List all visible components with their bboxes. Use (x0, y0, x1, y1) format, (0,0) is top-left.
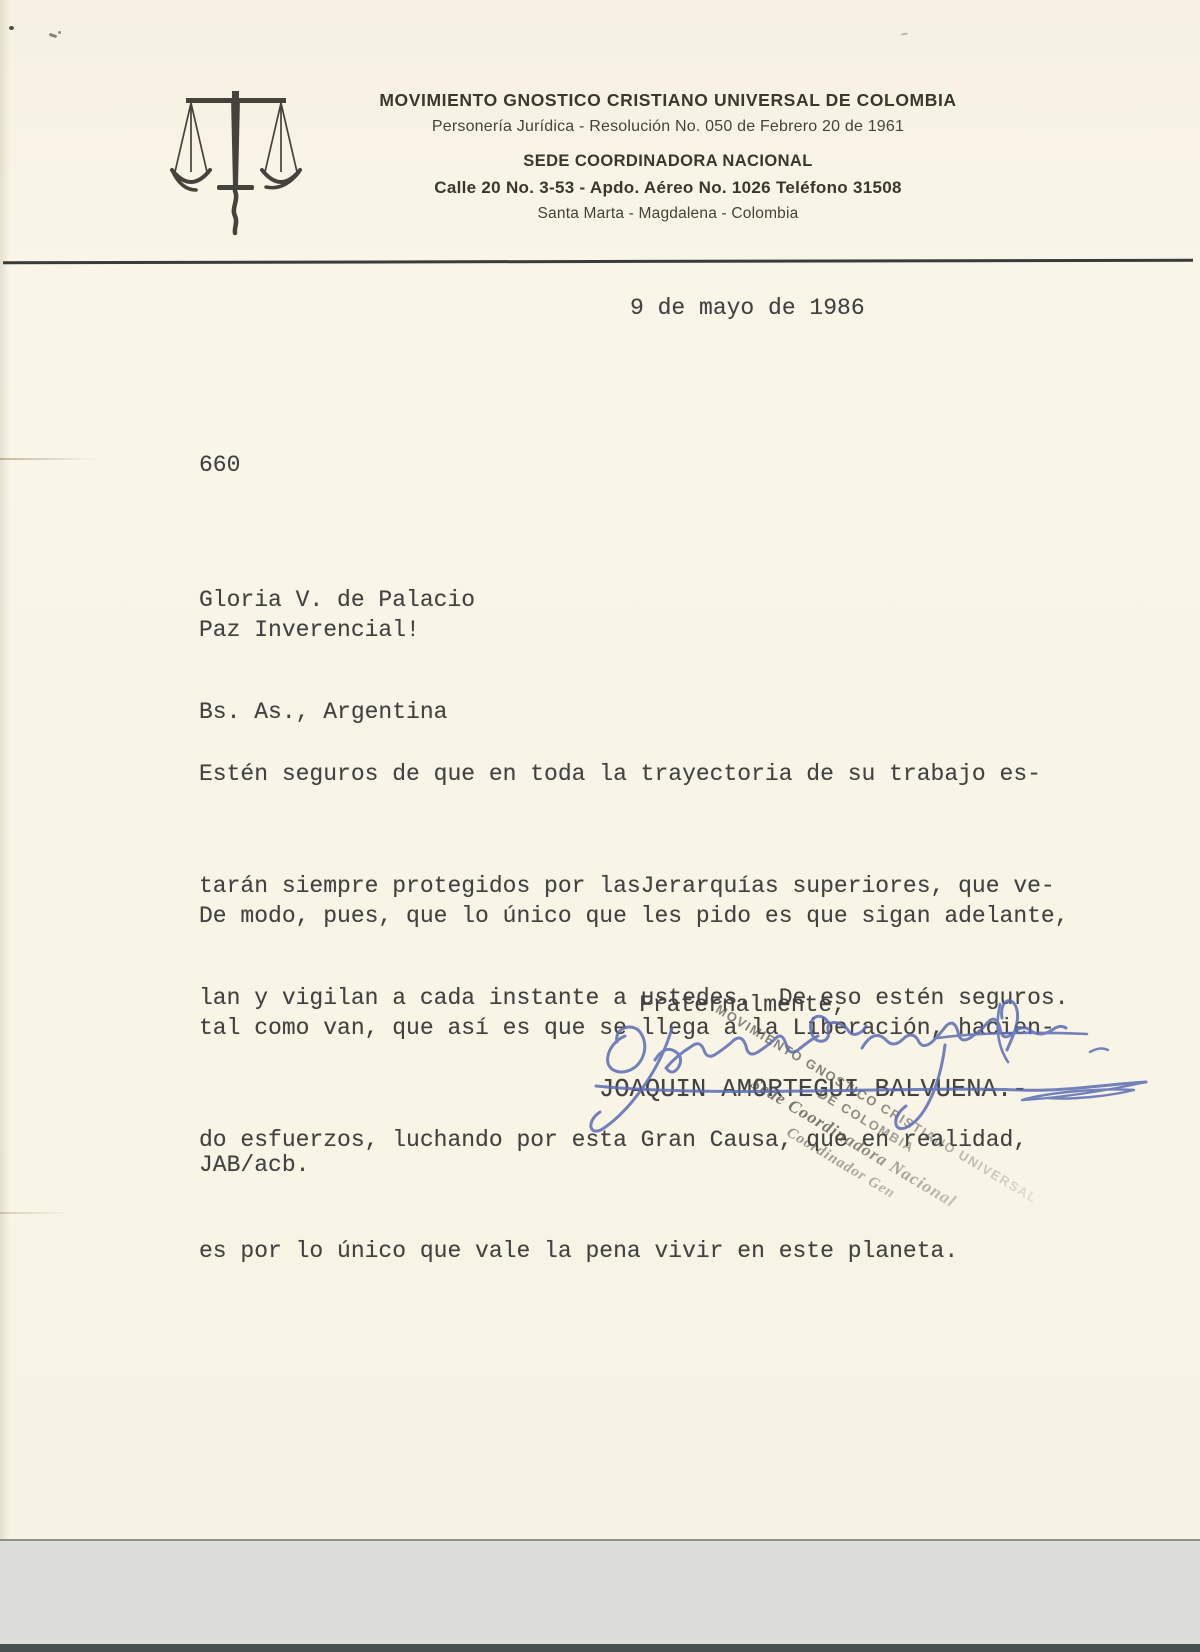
paragraph-line: Estén seguros de que en toda la trayecto… (199, 756, 1069, 793)
scanner-background (0, 1541, 1200, 1644)
org-name: MOVIMIENTO GNOSTICO CRISTIANO UNIVERSAL … (330, 90, 1006, 111)
scanner-dark-strip (0, 1644, 1200, 1652)
address-line: Calle 20 No. 3-53 - Apdo. Aéreo No. 1026… (330, 178, 1006, 198)
typist-initials: JAB/acb. (199, 1147, 309, 1184)
reference-number: 660 (199, 447, 240, 484)
legal-registration-line: Personería Jurídica - Resolución No. 050… (330, 118, 1006, 136)
scan-speck (9, 26, 14, 30)
paragraph-line: tal como van, que así es que se llega a … (199, 1010, 1069, 1047)
paper-crease (0, 458, 96, 460)
paper-left-edge-shadow (0, 0, 10, 1541)
paragraph-line: De modo, pues, que lo único que les pido… (199, 898, 1069, 935)
paragraph-line: es por lo único que vale la pena vivir e… (199, 1233, 1069, 1270)
letter-date: 9 de mayo de 1986 (630, 290, 865, 327)
paper-crease (0, 1212, 70, 1214)
city-line: Santa Marta - Magdalena - Colombia (330, 205, 1006, 223)
office-line: SEDE COORDINADORA NACIONAL (330, 152, 1006, 171)
scanned-letter-page: MOVIMIENTO GNOSTICO CRISTIANO UNIVERSAL … (0, 0, 1200, 1652)
scan-speck (58, 31, 61, 34)
salutation: Paz Inverencial! (199, 612, 420, 649)
